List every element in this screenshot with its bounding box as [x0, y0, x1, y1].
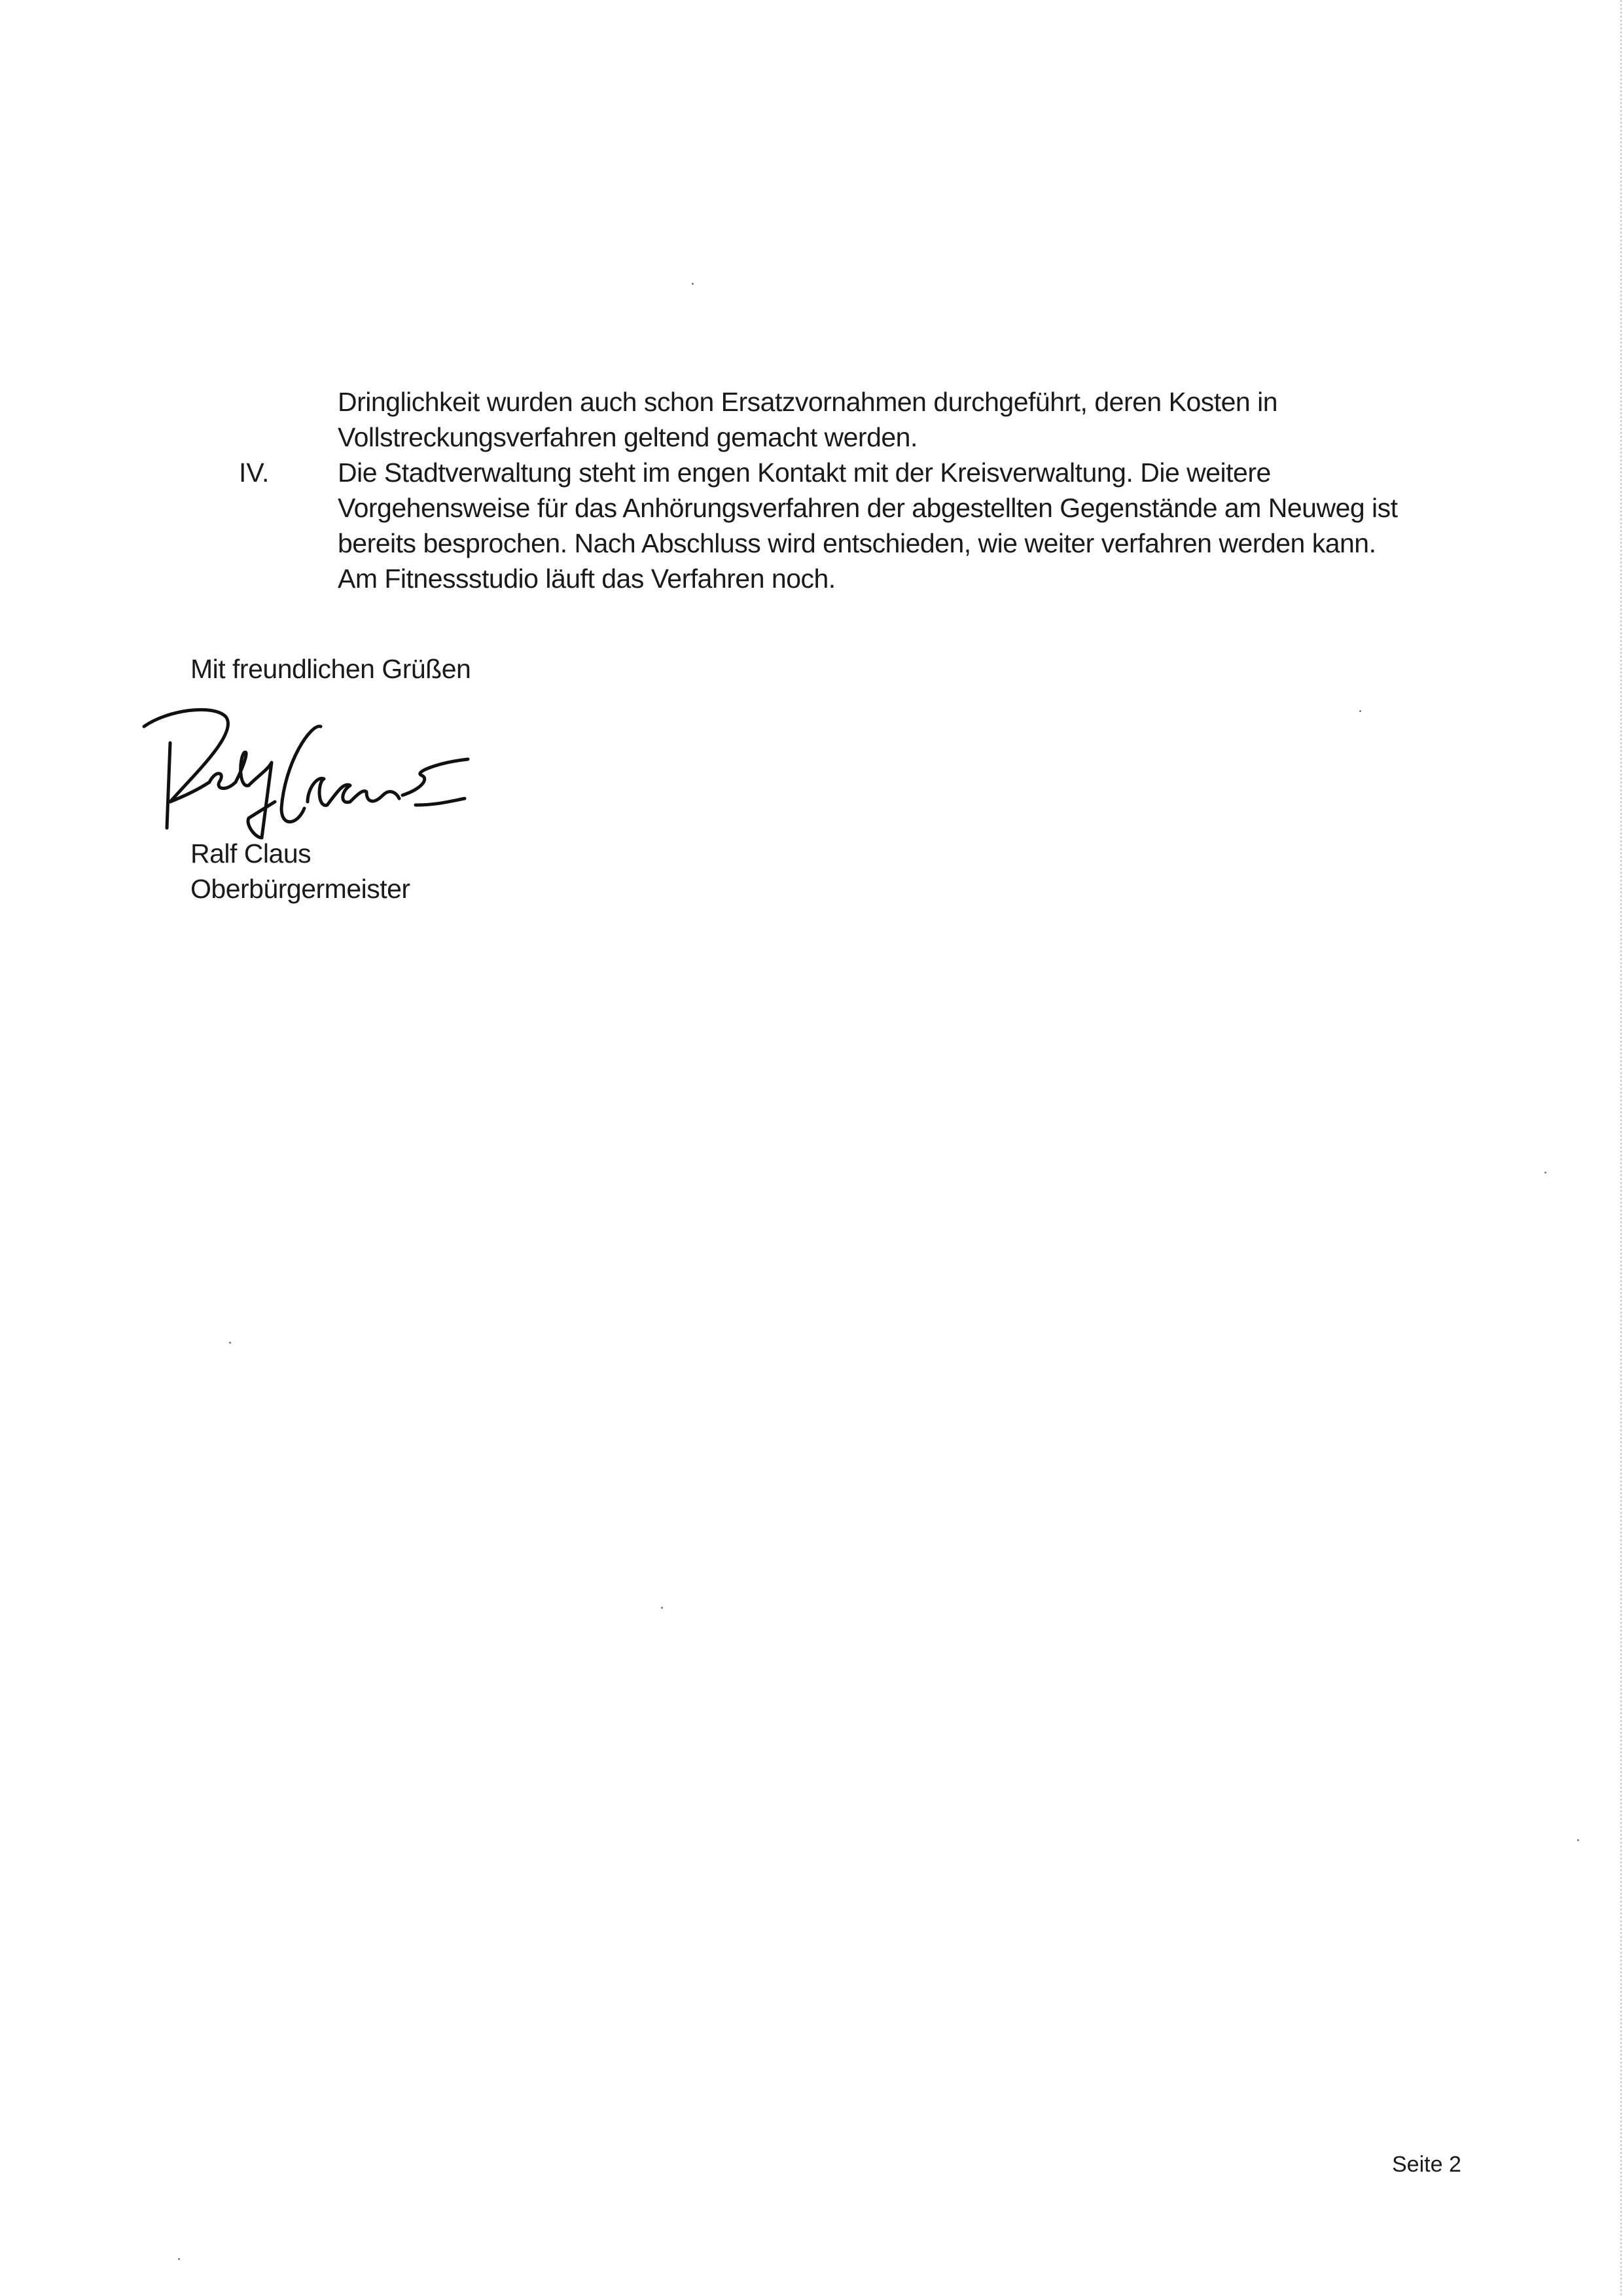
scan-speck [1359, 710, 1361, 712]
scan-speck [229, 1342, 231, 1344]
body-text: Dringlichkeit wurden auch schon Ersatzvo… [338, 384, 1398, 596]
scan-speck [661, 1607, 663, 1609]
signer-name: Ralf Claus [190, 836, 410, 871]
item-iv-line: bereits besprochen. Nach Abschluss wird … [338, 526, 1398, 561]
continued-line: Vollstreckungsverfahren geltend gemacht … [338, 420, 1398, 455]
closing-salutation: Mit freundlichen Grüßen [190, 651, 471, 687]
scan-edge-line [1620, 0, 1622, 2296]
continued-line: Dringlichkeit wurden auch schon Ersatzvo… [338, 384, 1398, 420]
scan-speck [1544, 1172, 1546, 1174]
scan-speck [692, 283, 694, 285]
signature-icon [141, 697, 632, 854]
scan-speck [1577, 1839, 1579, 1841]
scan-speck [178, 2258, 180, 2260]
page-number: Seite 2 [1392, 2152, 1461, 2178]
item-number: IV. [239, 455, 269, 490]
signer-title: Oberbürgermeister [190, 871, 410, 906]
item-iv-line: Die Stadtverwaltung steht im engen Konta… [338, 455, 1398, 490]
item-iv-line: Vorgehensweise für das Anhörungsverfahre… [338, 490, 1398, 526]
signer-block: Ralf Claus Oberbürgermeister [190, 836, 410, 906]
item-iv-line: Am Fitnessstudio läuft das Verfahren noc… [338, 561, 1398, 596]
